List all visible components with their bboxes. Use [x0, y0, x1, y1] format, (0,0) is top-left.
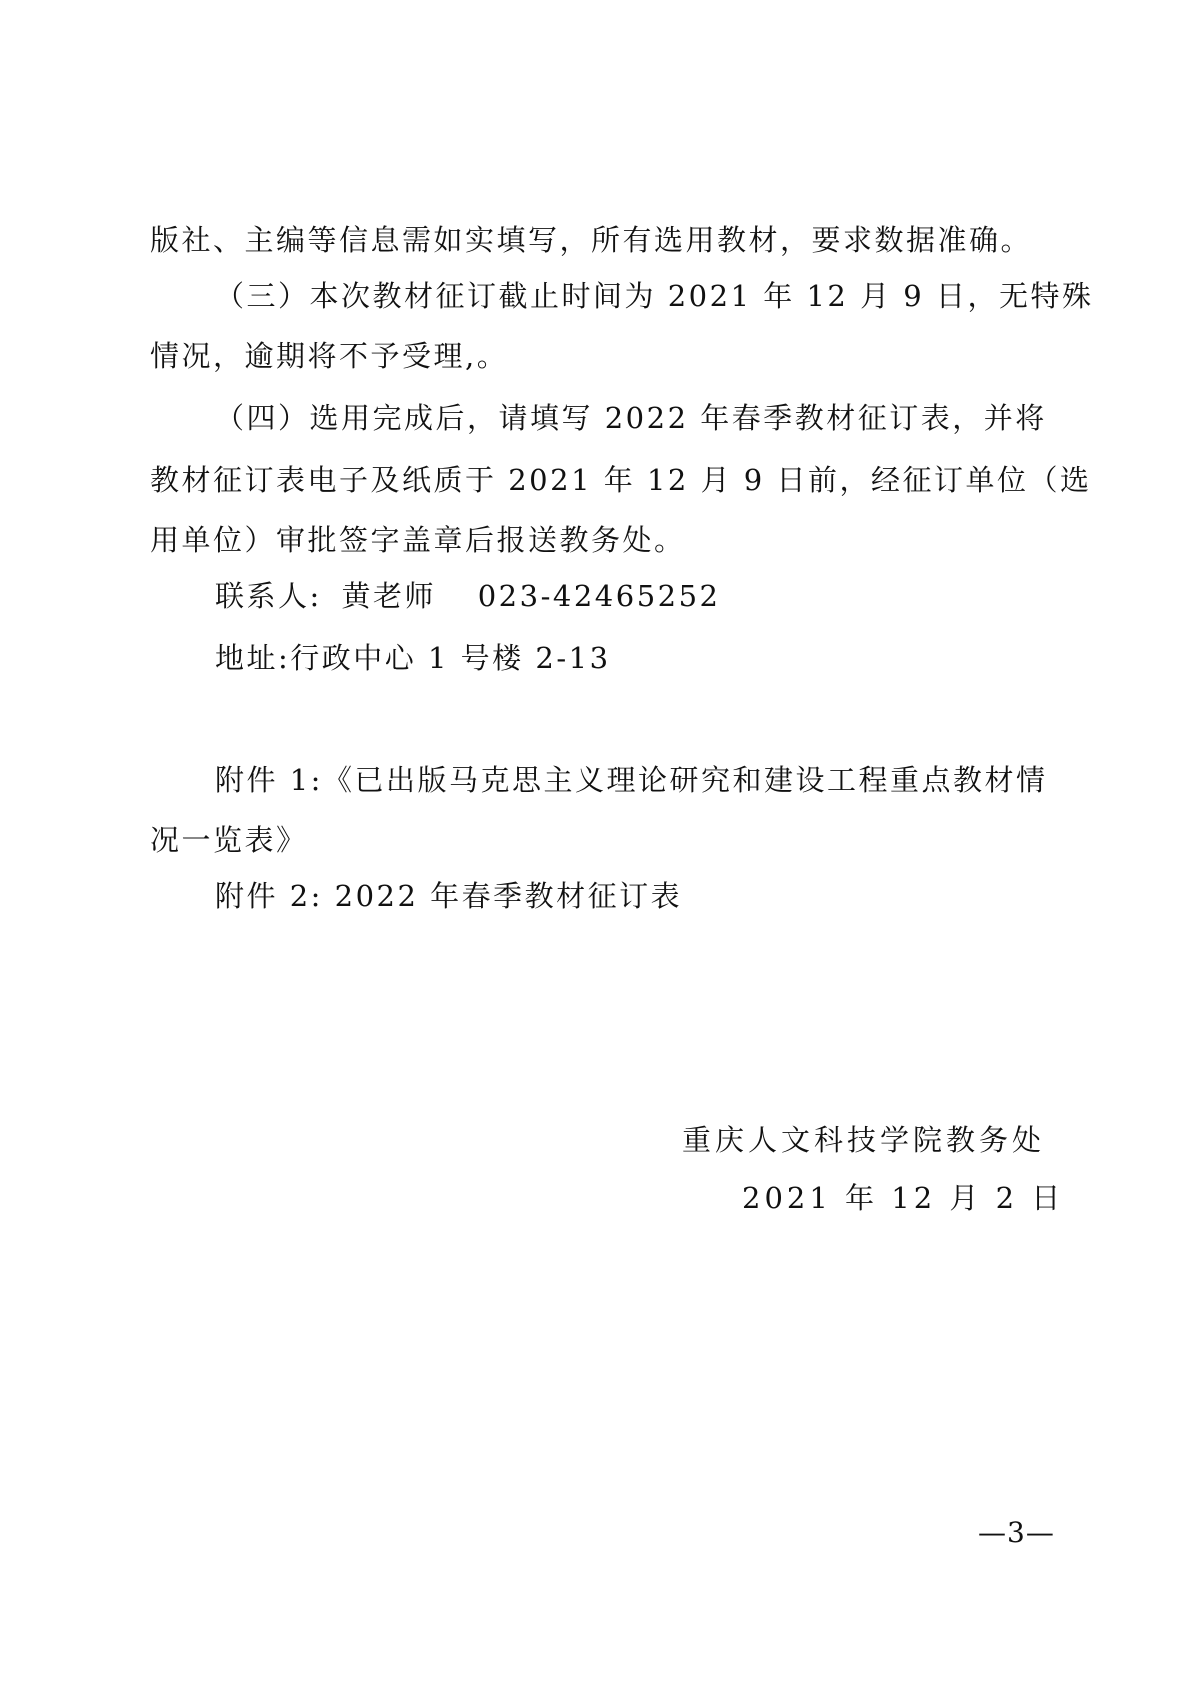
paragraph-line: 版社、主编等信息需如实填写，所有选用教材，要求数据准确。 — [150, 222, 1032, 258]
contact-line: 联系人: 黄老师 023-42465252 — [215, 578, 721, 614]
contact-label: 联系人: — [215, 579, 322, 613]
page-number: —3— — [978, 1515, 1055, 1551]
attachment-1-line-2: 况一览表》 — [150, 822, 308, 858]
document-page: 版社、主编等信息需如实填写，所有选用教材，要求数据准确。 （三）本次教材征订截止… — [0, 0, 1191, 1684]
address-line: 地址:行政中心 1 号楼 2-13 — [215, 640, 611, 676]
contact-phone: 023-42465252 — [478, 579, 721, 613]
address-value: 行政中心 1 号楼 2-13 — [290, 641, 610, 675]
item-4-line-2: 教材征订表电子及纸质于 2021 年 12 月 9 日前，经征订单位（选 — [150, 462, 1091, 498]
issue-date: 2021 年 12 月 2 日 — [742, 1180, 1064, 1216]
address-label: 地址: — [215, 641, 290, 675]
contact-name: 黄老师 — [342, 579, 437, 613]
attachment-2-line: 附件 2: 2022 年春季教材征订表 — [215, 878, 682, 914]
item-4-line-1: （四）选用完成后，请填写 2022 年春季教材征订表，并将 — [215, 400, 1047, 436]
item-3-line-1: （三）本次教材征订截止时间为 2021 年 12 月 9 日，无特殊 — [215, 278, 1093, 314]
issuer-signature: 重庆人文科技学院教务处 — [682, 1122, 1045, 1158]
item-4-line-3: 用单位）审批签字盖章后报送教务处。 — [150, 522, 686, 558]
attachment-1-line-1: 附件 1:《已出版马克思主义理论研究和建设工程重点教材情 — [215, 762, 1047, 798]
item-3-line-2: 情况，逾期将不予受理,。 — [150, 338, 508, 374]
